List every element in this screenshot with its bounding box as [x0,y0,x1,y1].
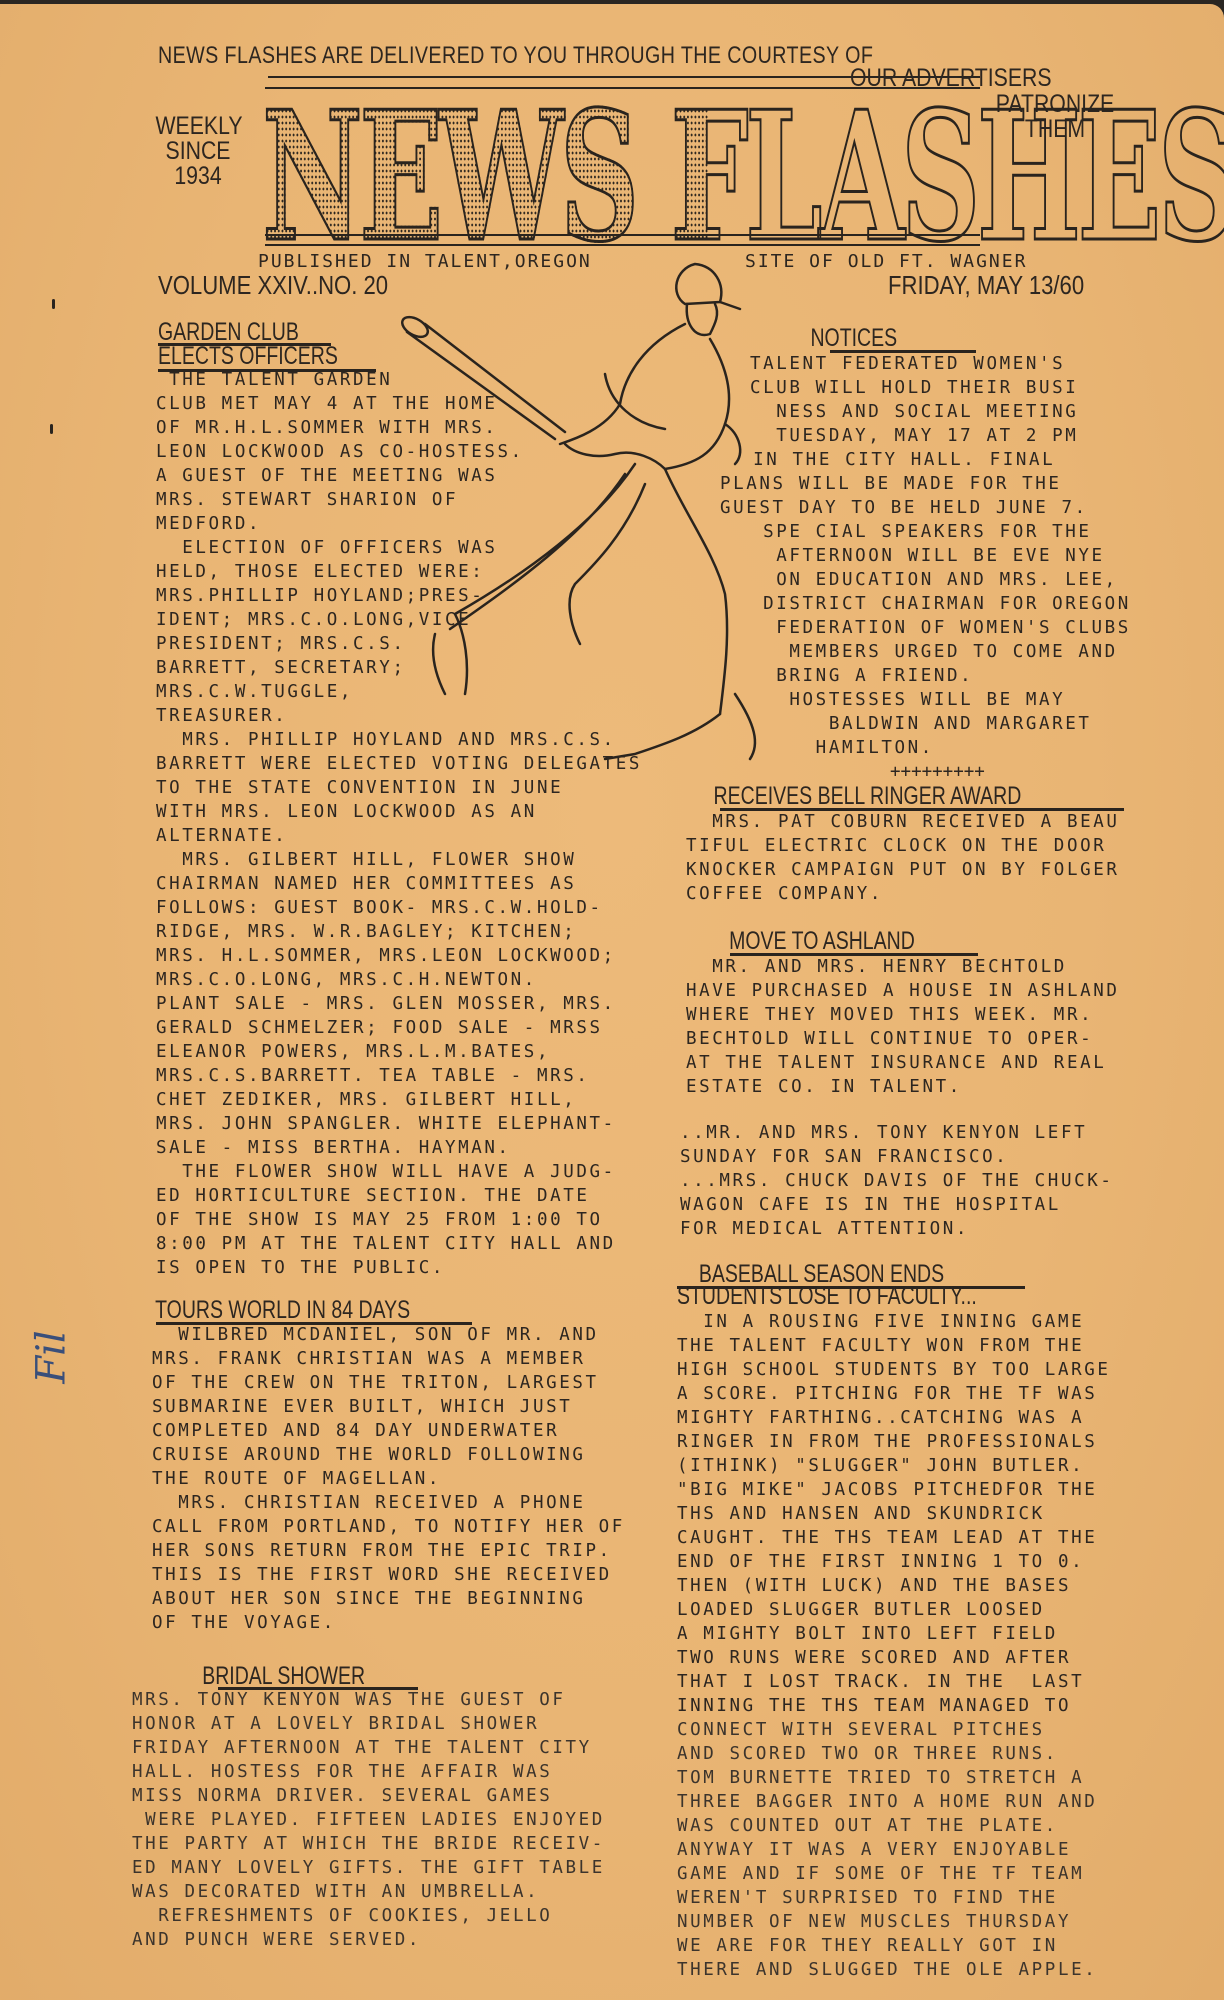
text-line: a score. Pitching for the TF was [677,1382,1110,1406]
text-line: honor at a lovely bridal shower [132,1712,605,1736]
article-body: Mrs. Tony Kenyon was the guest of honor … [132,1688,605,1952]
text-line: Sunday for San Francisco. [680,1145,1113,1169]
text-line: number of new muscles Thursday [677,1910,1110,1934]
text-line: connect with several pitches [677,1718,1110,1742]
text-line: Mrs. H.L.Sommer, Mrs.Leon Lockwood; [156,944,642,968]
masthead-title: NEWS FLASHES [262,102,708,252]
text-line: Wilbred McDaniel, son of Mr. and [152,1323,625,1347]
text-line: Talent Federated Women's [750,352,1131,376]
courtesy-line: NEWS FLASHES ARE DELIVERED TO YOU THROUG… [158,42,873,70]
text-line: Mrs. Gilbert Hill, Flower show [156,848,642,872]
text-line: three bagger into a home run and [677,1790,1110,1814]
text-line: The Flower Show will have a judg- [156,1160,642,1184]
text-line: ..Mr. and Mrs. Tony Kenyon left [680,1121,1113,1145]
text-line: THS and Hansen and Skundrick [677,1502,1110,1526]
article-baseball: BASEBALL SEASON ENDS STUDENTS LOSE TO FA… [677,1262,1019,1287]
article-title: BRIDAL SHOWER [132,1664,365,1689]
text-line: wagon Cafe is in the hospital [680,1193,1113,1217]
text-line: knocker campaign put on by Folger [686,858,1119,882]
text-line: Mrs. Phillip Hoyland and Mrs.C.S. [156,728,642,752]
article-bridal-shower: BRIDAL SHOWER Mrs. Tony Kenyon was the g… [132,1664,431,1689]
text-line: held, Those elected were: [156,560,642,584]
text-line: end of the first inning 1 to 0. [677,1550,1110,1574]
text-line: at the Talent Insurance and Real [686,1051,1119,1075]
text-line: Two runs were scored and after [677,1646,1110,1670]
text-line: Anyway it was a very enjoyable [677,1838,1110,1862]
text-line: on Education and Mrs. Lee, [750,568,1131,592]
text-line: Estate Co. in Talent. [686,1075,1119,1099]
text-line: ed Horticulture Section. The date [156,1184,642,1208]
text-line: Then (with luck) and the bases [677,1574,1110,1598]
text-line: The Talent Garden [156,368,642,392]
text-line: ...Mrs. Chuck Davis of the Chuck- [680,1169,1113,1193]
text-line: Club will hold their busi [750,376,1131,400]
text-line: there and slugged the ole apple. [677,1958,1110,1982]
article-body: Talent Federated Women's Club will hold … [750,352,1131,784]
text-line: Medford. [156,512,642,536]
text-line: ness and social meeting [750,400,1131,424]
text-line: Friday afternoon at the Talent City [132,1736,605,1760]
text-line: submarine ever built, which just [152,1395,625,1419]
text-line: Mrs. Frank Christian was a member [152,1347,625,1371]
text-line: Plant Sale - Mrs. Glen Mosser, Mrs. [156,992,642,1016]
text-line: Mrs.C.W.Tuggle, [156,680,642,704]
text-line: Mrs. Pat Coburn received a beau [686,810,1119,834]
article-tours-world: TOURS WORLD IN 84 DAYS Wilbred McDaniel,… [152,1298,483,1323]
text-line: Members urged to come and [750,640,1131,664]
text-line: (Ithink) "Slugger" John Butler. [677,1454,1110,1478]
text-line: Bechtold will continue to oper- [686,1027,1119,1051]
text-line: tiful electric clock on the door [686,834,1119,858]
text-line: where they moved this week. Mr. [686,1003,1119,1027]
text-line: Refreshments of cookies, jello [132,1904,605,1928]
text-line: we are for they really got in [677,1934,1110,1958]
text-line: Tom Burnette tried to stretch a [677,1766,1110,1790]
text-line: Leon Lockwood as co-hostess. [156,440,642,464]
text-line: "Big Mike" Jacobs pitchedfor the [677,1478,1110,1502]
text-line: Hamilton. [750,736,1131,760]
article-title: TOURS WORLD IN 84 DAYS [152,1298,410,1323]
text-line: Hostesses will be May [750,688,1131,712]
masthead-bottom-rule-2 [265,244,980,246]
text-line: is open to the public. [156,1256,642,1280]
text-line: was counted out at the plate. [677,1814,1110,1838]
article-move-ashland: MOVE TO ASHLAND Mr. and Mrs. Henry Becht… [680,929,981,954]
text-line: This is the first word she received [152,1563,625,1587]
article-body: In a rousing five inning game the Talent… [677,1310,1110,1982]
text-line: the party at which the bride receiv- [132,1832,605,1856]
text-line: loaded Slugger Butler loosed [677,1598,1110,1622]
newsletter-page: NEWS FLASHES ARE DELIVERED TO YOU THROUG… [0,4,1224,2000]
since-text: SINCE [156,139,241,164]
text-line: alternate. [156,824,642,848]
text-line: Mrs.Phillip Hoyland;Pres- [156,584,642,608]
text-line: the route of Magellan. [152,1467,625,1491]
text-line: about her son since the beginning [152,1587,625,1611]
text-line: afternoon will be Eve Nye [750,544,1131,568]
text-line: Mrs. Christian received a phone [152,1491,625,1515]
text-line: cruise around the world following [152,1443,625,1467]
text-line: A guest of the meeting was [156,464,642,488]
text-line: of the show is May 25 from 1:00 to [156,1208,642,1232]
text-line: ridge, Mrs. W.R.Bagley; Kitchen; [156,920,642,944]
text-line: have purchased a house in Ashland [686,979,1119,1003]
article-title: MOVE TO ASHLAND [680,929,915,954]
text-line: bring a friend. [750,664,1131,688]
article-body: Mrs. Pat Coburn received a beau tiful el… [686,810,1119,906]
text-line: Federation of Women's Clubs [750,616,1131,640]
text-line: coffee company. [686,882,1119,906]
text-line: of the crew on the Triton, largest [152,1371,625,1395]
text-line: District Chairman for Oregon [750,592,1131,616]
text-line: Mrs. Stewart Sharion of [156,488,642,512]
handwritten-margin-note: Fil [29,1330,75,1383]
text-line: Guest Day to be held June 7. [720,496,1131,520]
year-text: 1934 [156,164,241,189]
weekly-text: WEEKLY [156,114,241,139]
text-line: Club met May 4 at the home [156,392,642,416]
text-line: Mrs. Tony Kenyon was the guest of [132,1688,605,1712]
text-line: follows: Guest Book- Mrs.C.W.Hold- [156,896,642,920]
article-notices: NOTICES Talent Federated Women's Club wi… [720,326,947,351]
text-line: Gerald Schmelzer; Food Sale - Mrss [156,1016,642,1040]
text-line: Sale - Miss Bertha. Hayman. [156,1136,642,1160]
text-line: a mighty bolt into left field [677,1622,1110,1646]
text-line: Treasurer. [156,704,642,728]
text-line: Barrett, Secretary; [156,656,642,680]
text-line: weren't surprised to find the [677,1886,1110,1910]
margin-mark [50,424,53,434]
text-line: inning The THS team managed to [677,1694,1110,1718]
text-line: Mrs.C.S.Barrett. Tea Table - Mrs. [156,1064,642,1088]
text-line: and punch were served. [132,1928,605,1952]
text-line: Hall. Hostess for the affair was [132,1760,605,1784]
article-garden-club: GARDEN CLUB ELECTS OFFICERS The Talent G… [158,320,339,345]
text-line: with Mrs. Leon Lockwood as an [156,800,642,824]
text-line: Barrett were elected voting delegates [156,752,642,776]
margin-mark [52,299,55,309]
text-line: Mr. and Mrs. Henry Bechtold [686,955,1119,979]
article-briefs: ..Mr. and Mrs. Tony Kenyon left Sunday f… [680,1121,1113,1241]
text-line: and scored two or three runs. [677,1742,1110,1766]
article-title: RECEIVES BELL RINGER AWARD [680,784,1021,809]
article-title: NOTICES [720,326,897,351]
text-line: high school students by too large [677,1358,1110,1382]
text-line: that I lost track. In the last [677,1670,1110,1694]
text-line: In a rousing five inning game [677,1310,1110,1334]
article-body: Mr. and Mrs. Henry Bechtold have purchas… [686,955,1119,1099]
article-bell-ringer: RECEIVES BELL RINGER AWARD Mrs. Pat Cobu… [680,784,1118,809]
text-line: in the City Hall. Final [740,448,1131,472]
text-line: of the voyage. [152,1611,625,1635]
text-line: Miss Norma Driver. Several games [132,1784,605,1808]
text-line: game and if some of the TF team [677,1862,1110,1886]
text-line: the Talent faculty won from the [677,1334,1110,1358]
text-line: Chet Zediker, Mrs. Gilbert Hill, [156,1088,642,1112]
article-title-line2: STUDENTS LOSE TO FACULTY... [677,1284,977,1309]
article-body: The Talent Garden Club met May 4 at the … [156,368,642,1280]
text-line: for medical attention. [680,1217,1113,1241]
volume-number: VOLUME XXIV..No. 20 [158,270,388,301]
text-line: 8:00 pm at the Talent City Hall and [156,1232,642,1256]
text-line: president; Mrs.C.S. [156,632,642,656]
section-separator: +++++++++ [890,760,1131,784]
text-line: Mighty Farthing..Catching was a [677,1406,1110,1430]
text-line: Election of officers was [156,536,642,560]
text-line: completed and 84 day underwater [152,1419,625,1443]
text-line: her sons return from the epic trip. [152,1539,625,1563]
text-line: Mrs.C.O.Long, Mrs.C.H.Newton. [156,968,642,992]
text-line: were played. Fifteen ladies enjoyed [132,1808,605,1832]
text-line: to the State Convention in June [156,776,642,800]
article-body: Wilbred McDaniel, son of Mr. and Mrs. Fr… [152,1323,625,1635]
text-line: ringer in from the professionals [677,1430,1110,1454]
text-line: ed many lovely gifts. The gift table [132,1856,605,1880]
text-line: caught. The THS team lead at the [677,1526,1110,1550]
text-line: Chairman named her committees as [156,872,642,896]
text-line: was decorated with an umbrella. [132,1880,605,1904]
text-line: call from Portland, to notify her of [152,1515,625,1539]
text-line: Baldwin and Margaret [750,712,1131,736]
issue-date: FRIDAY, MAY 13/60 [888,270,1084,301]
article-title-line2: ELECTS OFFICERS [158,344,338,369]
text-line: Spe cial speakers for the [750,520,1131,544]
text-line: Tuesday, May 17 at 2 pm [750,424,1131,448]
text-line: ident; Mrs.C.O.Long,Vice [156,608,642,632]
text-line: of Mr.H.L.Sommer with Mrs. [156,416,642,440]
text-line: plans will be made for the [720,472,1131,496]
text-line: Eleanor Powers, Mrs.L.M.Bates, [156,1040,642,1064]
text-line: Mrs. John Spangler. White Elephant- [156,1112,642,1136]
masthead-bottom-rule-1 [265,234,980,236]
